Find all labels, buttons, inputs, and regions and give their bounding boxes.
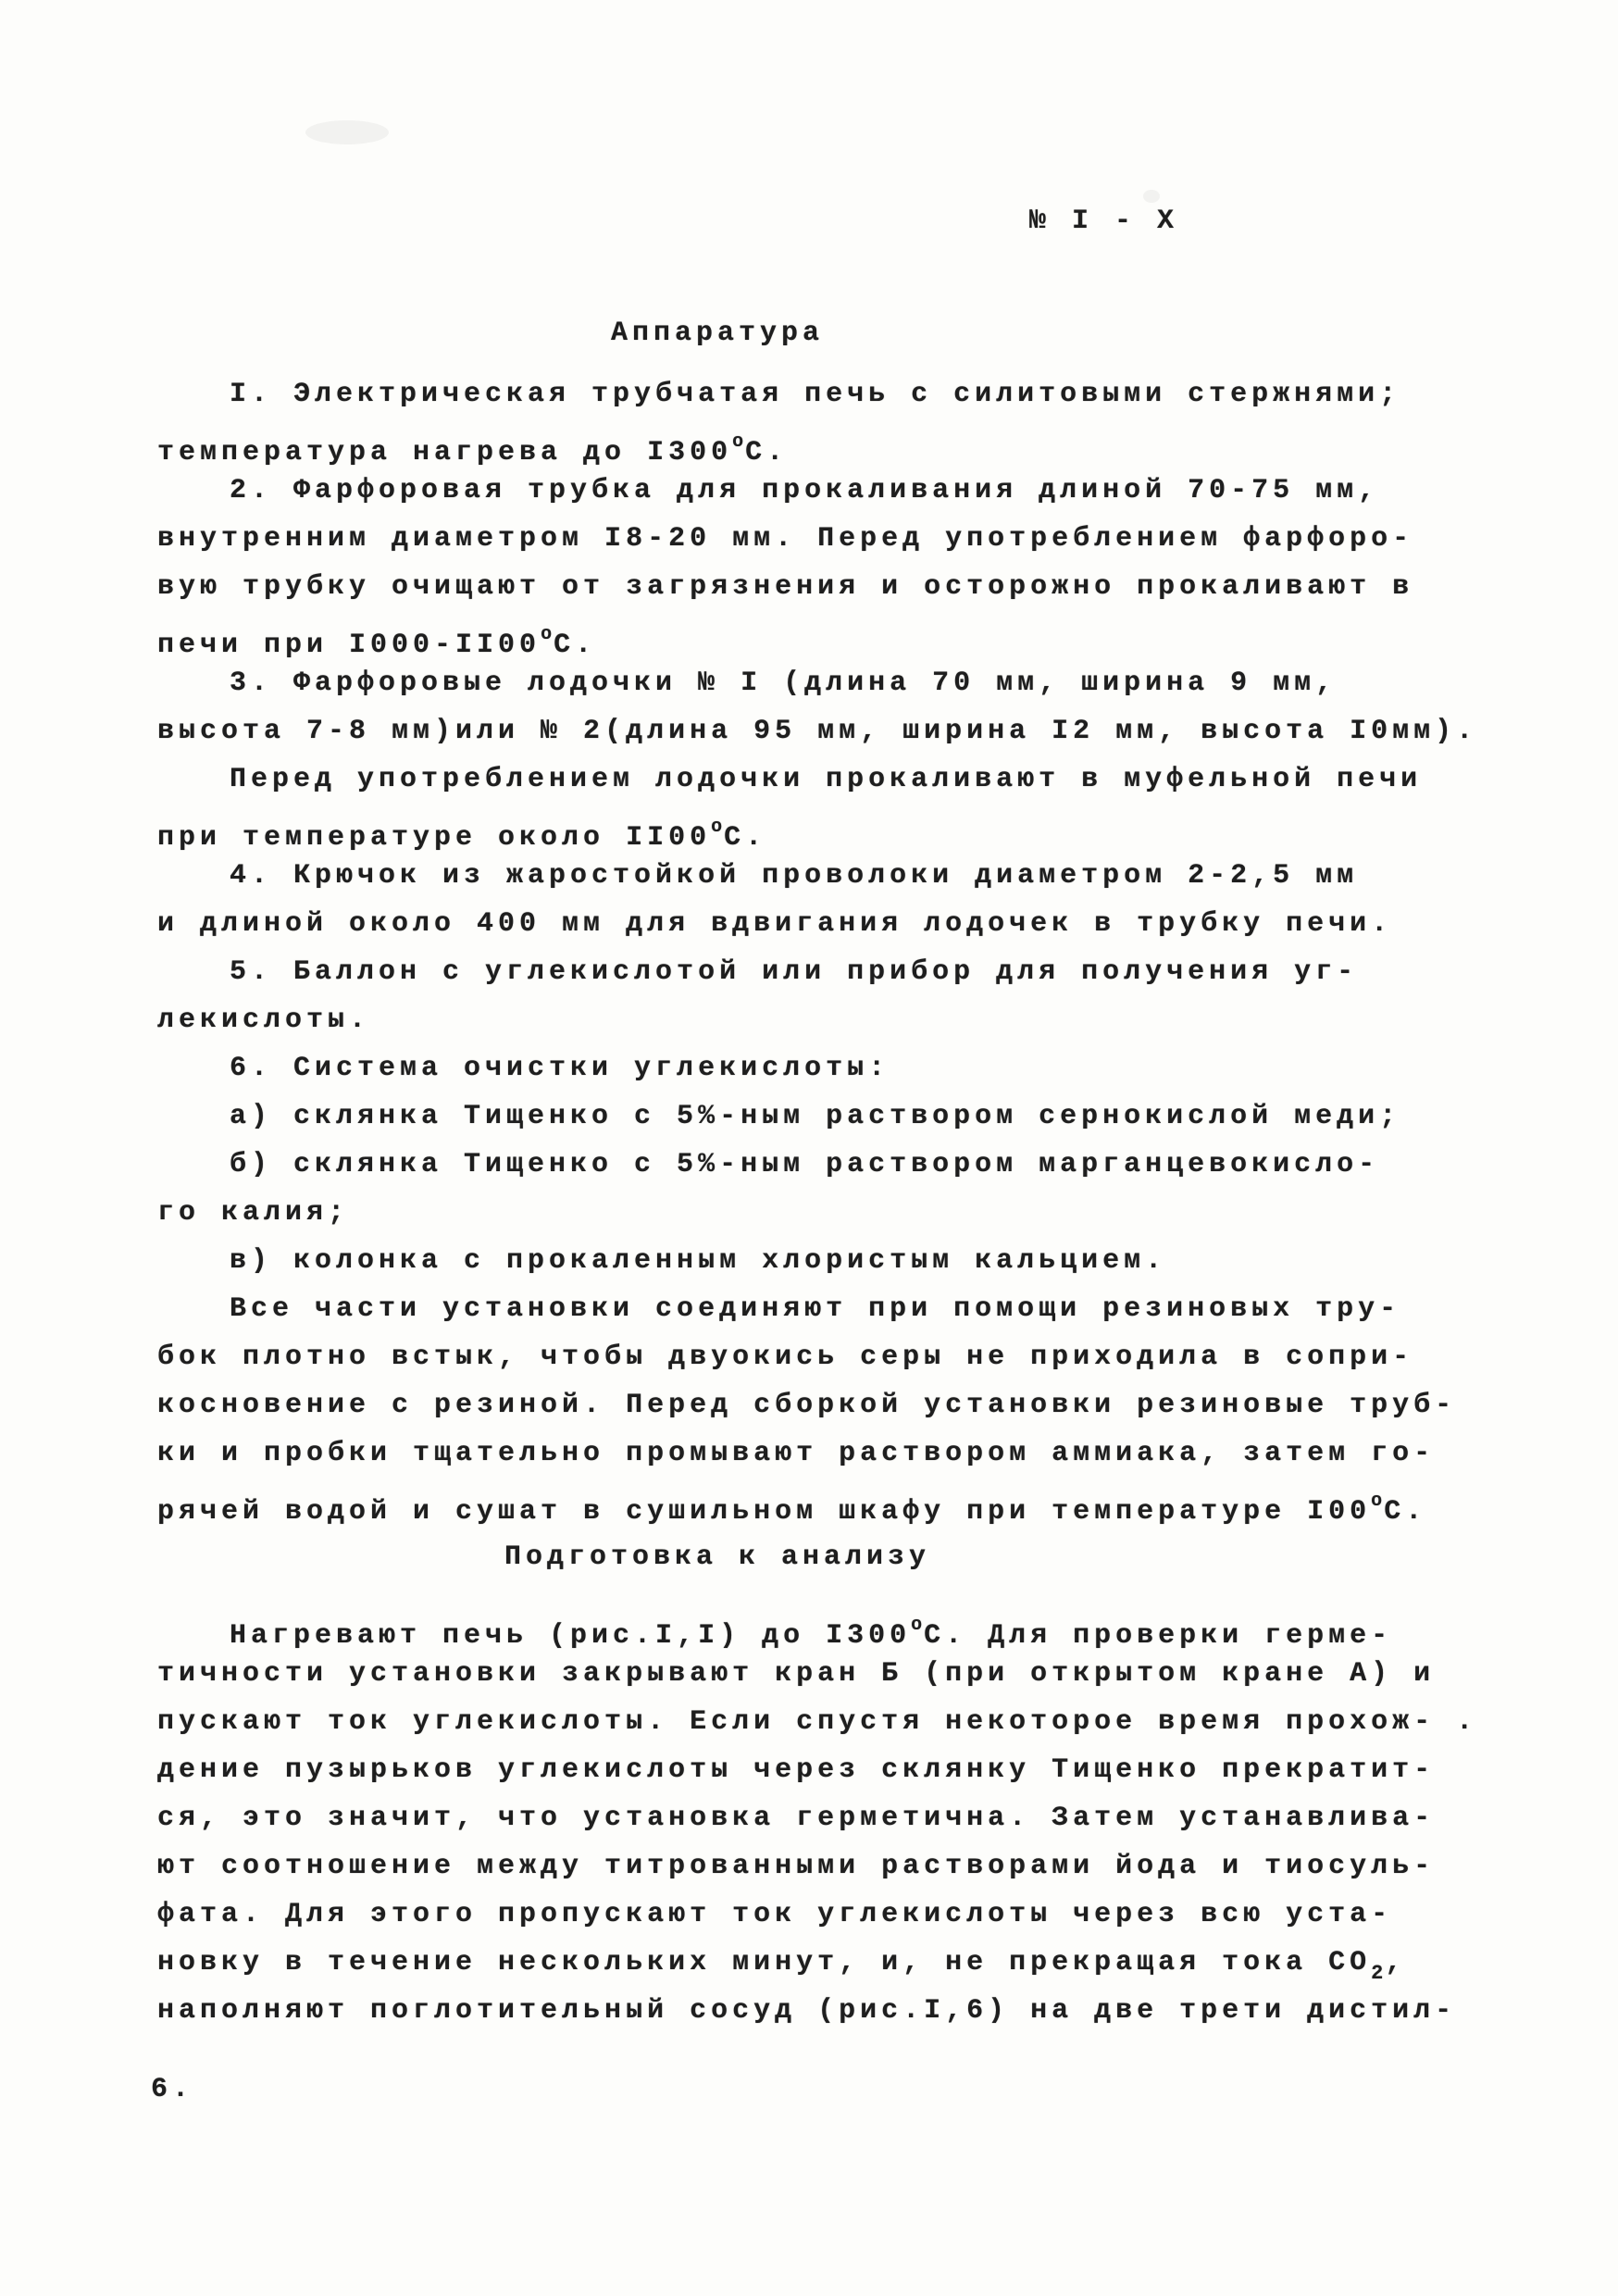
text-segment: го калия; [157, 1197, 349, 1229]
text-line: тичности установки закрывают кран Б (при… [157, 1650, 1490, 1698]
text-segment: рячей водой и сушат в сушильном шкафу пр… [157, 1496, 1371, 1528]
text-segment: Нагревают печь (рис.I,I) до I300 [230, 1620, 911, 1652]
text-segment: ся, это значит, что установка герметична… [157, 1803, 1435, 1834]
text-segment: 5. Баллон с углекислотой или прибор для … [230, 956, 1358, 988]
text-segment: высота 7-8 мм)или № 2(длина 95 мм, ширин… [157, 716, 1477, 747]
text-segment: новку в течение нескольких минут, и, не … [157, 1947, 1371, 1978]
text-segment: температура нагрева до I300 [157, 437, 732, 468]
scanned-page: № I - X АппаратураI. Электрическая трубч… [0, 0, 1618, 2296]
text-line: фата. Для этого пропускают ток углекисло… [157, 1890, 1490, 1939]
text-segment: Все части установки соединяют при помощи… [230, 1293, 1400, 1325]
text-segment: тичности установки закрывают кран Б (при… [157, 1658, 1435, 1690]
scan-smudge [1143, 190, 1160, 203]
paragraph: а) склянка Тищенко с 5%-ным раствором се… [157, 1092, 1490, 1285]
document-reference: № I - X [1029, 206, 1178, 237]
text-segment: косновение с резиной. Перед сборкой уста… [157, 1390, 1456, 1421]
text-line: наполняют поглотительный сосуд (рис.I,6)… [157, 1987, 1490, 2035]
text-segment: Перед употреблением лодочки прокаливают … [230, 764, 1422, 795]
paragraph: 3. Фарфоровые лодочки № I (длина 70 мм, … [157, 659, 1490, 852]
text-line: 2. Фарфоровая трубка для прокаливания дл… [157, 467, 1490, 515]
text-line: и длиной около 400 мм для вдвигания лодо… [157, 900, 1490, 948]
document-body: АппаратураI. Электрическая трубчатая печ… [157, 306, 1490, 2035]
text-line: Перед употреблением лодочки прокаливают … [157, 755, 1490, 804]
text-segment: 6. Система очистки углекислоты: [230, 1053, 890, 1084]
section-heading: Подготовка к анализу [157, 1533, 1277, 1581]
sup-text: о [911, 1602, 924, 1650]
text-line: го калия; [157, 1189, 1490, 1237]
sup-text: о [1371, 1478, 1384, 1526]
section-heading: Аппаратура [157, 309, 1277, 357]
text-segment: фата. Для этого пропускают ток углекисло… [157, 1899, 1392, 1930]
text-segment: I. Электрическая трубчатая печь с силито… [230, 379, 1400, 410]
text-line: рячей водой и сушат в сушильном шкафу пр… [157, 1478, 1490, 1526]
text-line: косновение с резиной. Перед сборкой уста… [157, 1381, 1490, 1429]
text-line: 4. Крючок из жаростойкой проволоки диаме… [157, 852, 1490, 900]
text-segment: и длиной около 400 мм для вдвигания лодо… [157, 908, 1392, 940]
text-segment: 3. Фарфоровые лодочки № I (длина 70 мм, … [230, 668, 1337, 699]
text-line: новку в течение нескольких минут, и, не … [157, 1939, 1490, 1987]
text-line: внутренним диаметром I8-20 мм. Перед упо… [157, 515, 1490, 563]
text-line: 3. Фарфоровые лодочки № I (длина 70 мм, … [157, 659, 1490, 707]
text-line: 6. Система очистки углекислоты: [157, 1044, 1490, 1092]
paragraph: 5. Баллон с углекислотой или прибор для … [157, 948, 1490, 1044]
text-segment: пускают ток углекислоты. Если спустя нек… [157, 1706, 1477, 1738]
text-line: дение пузырьков углекислоты через склянк… [157, 1746, 1490, 1794]
paragraph: 2. Фарфоровая трубка для прокаливания дл… [157, 467, 1490, 659]
text-line: Все части установки соединяют при помощи… [157, 1285, 1490, 1333]
text-segment: а) склянка Тищенко с 5%-ным раствором се… [230, 1101, 1400, 1132]
text-line: ки и пробки тщательно промывают растворо… [157, 1429, 1490, 1478]
text-segment: дение пузырьков углекислоты через склянк… [157, 1754, 1435, 1786]
paragraph: Нагревают печь (рис.I,I) до I300оС. Для … [157, 1602, 1490, 2035]
text-line: ся, это значит, что установка герметична… [157, 1794, 1490, 1842]
text-line: пускают ток углекислоты. Если спустя нек… [157, 1698, 1490, 1746]
sup-text: о [541, 611, 554, 659]
paragraph: Все части установки соединяют при помощи… [157, 1285, 1490, 1526]
text-segment: С. [1384, 1496, 1426, 1528]
paragraph: 6. Система очистки углекислоты: [157, 1044, 1490, 1092]
text-segment: вую трубку очищают от загрязнения и осто… [157, 571, 1413, 603]
text-segment: С. [745, 437, 788, 468]
text-segment: при температуре около II00 [157, 822, 711, 854]
text-segment: ют соотношение между титрованными раство… [157, 1851, 1435, 1882]
text-line: ют соотношение между титрованными раство… [157, 1842, 1490, 1890]
scan-smudge [305, 120, 389, 144]
text-line: бок плотно встык, чтобы двуокись серы не… [157, 1333, 1490, 1381]
paragraph: 4. Крючок из жаростойкой проволоки диаме… [157, 852, 1490, 948]
text-segment: в) колонка с прокаленным хлористым кальц… [230, 1245, 1166, 1277]
text-segment: б) склянка Тищенко с 5%-ным раствором ма… [230, 1149, 1379, 1180]
text-segment: 2. Фарфоровая трубка для прокаливания дл… [230, 475, 1379, 506]
text-line: при температуре около II00оС. [157, 804, 1490, 852]
text-segment: наполняют поглотительный сосуд (рис.I,6)… [157, 1995, 1456, 2027]
text-line: вую трубку очищают от загрязнения и осто… [157, 563, 1490, 611]
text-segment: С. Для проверки герме- [924, 1620, 1392, 1652]
text-segment: ки и пробки тщательно промывают растворо… [157, 1438, 1435, 1469]
paragraph: I. Электрическая трубчатая печь с силито… [157, 370, 1490, 467]
text-segment: С. [724, 822, 766, 854]
text-line: лекислоты. [157, 996, 1490, 1044]
text-line: а) склянка Тищенко с 5%-ным раствором се… [157, 1092, 1490, 1141]
text-line: высота 7-8 мм)или № 2(длина 95 мм, ширин… [157, 707, 1490, 755]
sup-text: о [732, 418, 745, 467]
text-line: в) колонка с прокаленным хлористым кальц… [157, 1237, 1490, 1285]
text-segment: лекислоты. [157, 1004, 370, 1036]
text-line: Нагревают печь (рис.I,I) до I300оС. Для … [157, 1602, 1490, 1650]
text-line: температура нагрева до I300оС. [157, 418, 1490, 467]
page-number: 6. [151, 2074, 193, 2105]
text-line: б) склянка Тищенко с 5%-ным раствором ма… [157, 1141, 1490, 1189]
text-segment: 4. Крючок из жаростойкой проволоки диаме… [230, 860, 1358, 892]
text-segment: , [1385, 1947, 1406, 1978]
text-segment: печи при I000-II00 [157, 630, 541, 661]
text-segment: С. [554, 630, 596, 661]
text-segment: бок плотно встык, чтобы двуокись серы не… [157, 1341, 1413, 1373]
text-line: печи при I000-II00оС. [157, 611, 1490, 659]
text-line: I. Электрическая трубчатая печь с силито… [157, 370, 1490, 418]
text-line: 5. Баллон с углекислотой или прибор для … [157, 948, 1490, 996]
text-segment: внутренним диаметром I8-20 мм. Перед упо… [157, 523, 1413, 555]
sup-text: о [711, 804, 724, 852]
